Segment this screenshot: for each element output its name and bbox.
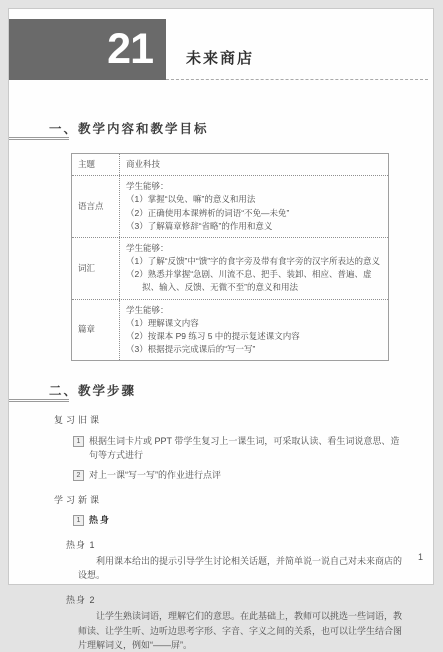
item-number-box: 1 — [73, 436, 84, 447]
lesson-header: 21 未来商店 — [9, 9, 433, 81]
objectives-table: 主题 商业科技 语言点 学生能够： （1）掌握“以免、嘛”的意义和用法 （2）正… — [71, 153, 389, 361]
table-text-line: 学生能够： — [126, 180, 382, 193]
review-item-text: 根据生词卡片或 PPT 带学生复习上一课生词，可采取认读、看生词说意思、造句等方… — [89, 434, 404, 463]
new-lesson-step: 1 热身 — [73, 513, 433, 527]
section2-heading-text: 二、教学步骤 — [49, 384, 136, 398]
table-text-line: 学生能够： — [126, 304, 382, 317]
table-row: 篇章 学生能够： （1）理解课文内容 （2）按课本 P9 练习 5 中的提示复述… — [72, 299, 388, 361]
lesson-number-box: 21 — [9, 19, 166, 80]
item-number-box: 2 — [73, 470, 84, 481]
review-title: 复习旧课 — [54, 413, 433, 427]
table-text-line: （2）熟悉并掌握“急剧、川流不息、把手、装卸、相应、普遍、虚拟、输入、反馈、无微… — [126, 268, 382, 294]
row-label: 语言点 — [72, 176, 120, 237]
row-content: 商业科技 — [120, 154, 388, 175]
table-text-line: （2）按课本 P9 练习 5 中的提示复述课文内容 — [126, 330, 382, 343]
section1-heading-text: 一、教学内容和教学目标 — [49, 122, 209, 136]
table-row: 主题 商业科技 — [72, 154, 388, 175]
table-text-line: （2）正确使用本课辨析的词语“不免—未免” — [126, 207, 382, 220]
lesson-number: 21 — [107, 28, 166, 71]
section1-heading: 一、教学内容和教学目标 — [49, 119, 433, 137]
warmup1-text: 利用课本给出的提示引导学生讨论相关话题，并简单说一说自己对未来商店的设想。 — [78, 554, 408, 583]
row-content: 学生能够： （1）理解课文内容 （2）按课本 P9 练习 5 中的提示复述课文内… — [120, 300, 388, 361]
table-row: 词汇 学生能够： （1）了解“反馈”中“馈”字的食字旁及带有食字旁的汉字所表达的… — [72, 237, 388, 299]
page-number: 1 — [418, 552, 423, 562]
warmup2-title: 热身 2 — [66, 593, 433, 600]
step-title: 热身 — [89, 513, 404, 527]
header-dashed-divider — [166, 79, 428, 80]
review-item: 2 对上一课“写一写”的作业进行点评 — [73, 468, 433, 482]
lesson-title: 未来商店 — [186, 47, 254, 68]
row-content: 学生能够： （1）了解“反馈”中“馈”字的食字旁及带有食字旁的汉字所表达的意义 … — [120, 238, 388, 299]
review-item-text: 对上一课“写一写”的作业进行点评 — [89, 468, 404, 482]
table-text-line: （1）理解课文内容 — [126, 317, 382, 330]
table-text-line: （3）了解篇章修辞“省略”的作用和意义 — [126, 220, 382, 233]
table-text-line: 商业科技 — [126, 158, 382, 171]
table-row: 语言点 学生能够： （1）掌握“以免、嘛”的意义和用法 （2）正确使用本课辨析的… — [72, 175, 388, 237]
table-text-line: （1）掌握“以免、嘛”的意义和用法 — [126, 193, 382, 206]
row-label: 词汇 — [72, 238, 120, 299]
review-item: 1 根据生词卡片或 PPT 带学生复习上一课生词，可采取认读、看生词说意思、造句… — [73, 434, 433, 463]
section2-heading: 二、教学步骤 — [49, 381, 433, 399]
document-page: 21 未来商店 一、教学内容和教学目标 主题 商业科技 语言点 学生能够： （1… — [8, 8, 434, 585]
step-number-box: 1 — [73, 515, 84, 526]
row-label: 篇章 — [72, 300, 120, 361]
row-label: 主题 — [72, 154, 120, 175]
table-text-line: （3）根据提示完成课后的“写一写” — [126, 343, 382, 356]
warmup1-title: 热身 1 — [66, 538, 433, 552]
table-text-line: 学生能够： — [126, 242, 382, 255]
row-content: 学生能够： （1）掌握“以免、嘛”的意义和用法 （2）正确使用本课辨析的词语“不… — [120, 176, 388, 237]
heading-double-rule — [9, 137, 69, 140]
table-text-line: （1）了解“反馈”中“馈”字的食字旁及带有食字旁的汉字所表达的意义 — [126, 255, 382, 268]
new-lesson-title: 学习新课 — [54, 493, 433, 507]
heading-double-rule — [9, 399, 69, 402]
teaching-steps: 复习旧课 1 根据生词卡片或 PPT 带学生复习上一课生词，可采取认读、看生词说… — [54, 413, 433, 600]
